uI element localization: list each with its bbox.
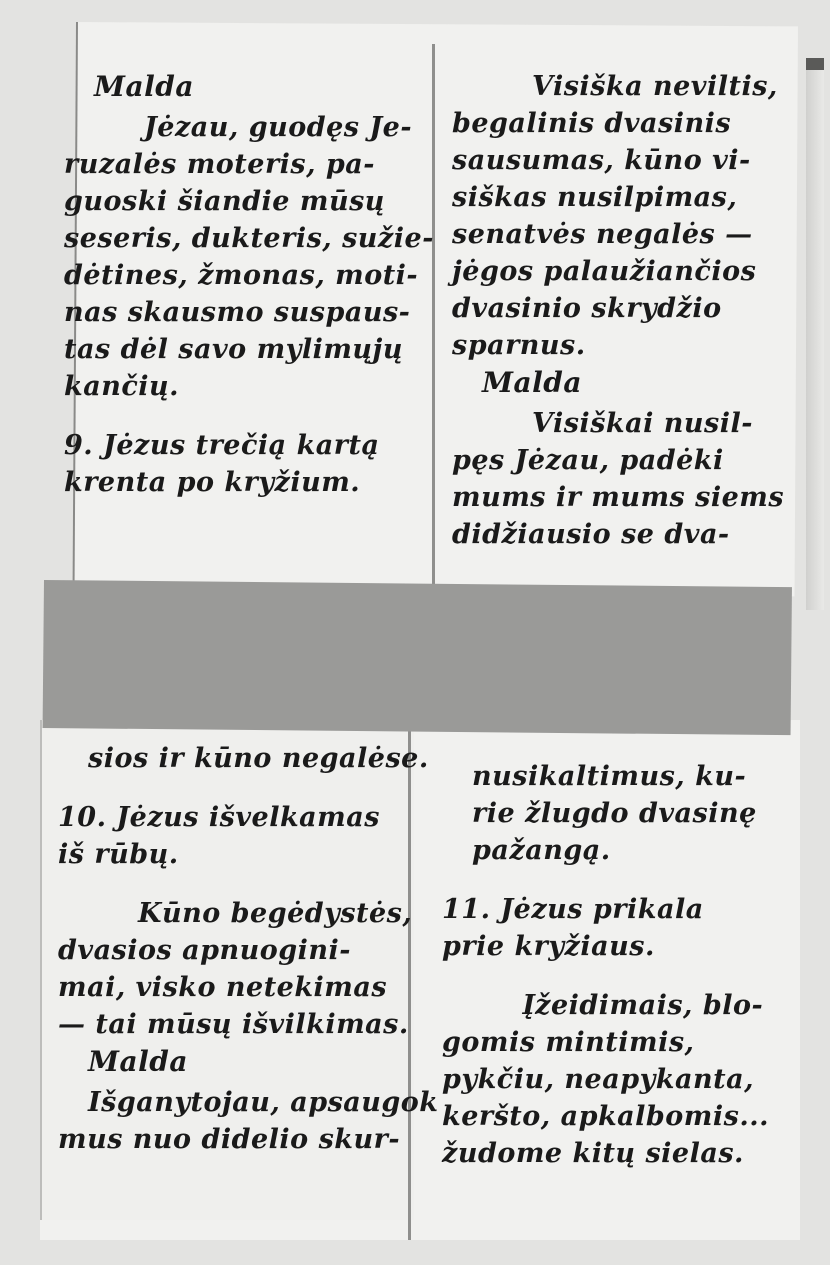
text-line: kančių.: [64, 368, 424, 405]
text-line: senatvės negalės —: [452, 216, 792, 253]
text-line: sparnus.: [452, 327, 792, 364]
column-divider-top: [432, 44, 435, 589]
text-line: tas dėl savo mylimųjų: [64, 331, 424, 368]
text-line: pęs Jėzau, padėki: [452, 442, 792, 479]
spacer: [58, 873, 408, 895]
text-line: žudome kitų sielas.: [442, 1135, 782, 1172]
text-line: mai, visko netekimas: [58, 969, 408, 1006]
bottom-left-column: sios ir kūno negalėse. 10. Jėzus išvelka…: [58, 740, 408, 1158]
text-line: begalinis dvasinis: [452, 105, 792, 142]
spacer: [442, 965, 782, 987]
text-line: Įžeidimais, blo-: [442, 987, 782, 1024]
top-left-column: Malda Jėzau, guodęs Je- ruzalės moteris,…: [64, 68, 424, 501]
text-line: seseris, dukteris, sužie-: [64, 220, 424, 257]
text-line: dvasinio skrydžio: [452, 290, 792, 327]
text-line: Visiškai nusil-: [452, 405, 792, 442]
prayer-heading: Malda: [452, 364, 792, 401]
text-line: Jėzau, guodęs Je-: [64, 109, 424, 146]
text-line: ruzalės moteris, pa-: [64, 146, 424, 183]
station-heading-cont: krenta po kryžium.: [64, 464, 424, 501]
prayer-heading: Malda: [58, 1043, 408, 1080]
station-heading: 11. Jėzus prikala: [442, 891, 782, 928]
top-right-column: Visiška neviltis, begalinis dvasinis sau…: [452, 68, 792, 553]
text-line: rie žlugdo dvasinę: [442, 795, 782, 832]
text-line: gomis mintimis,: [442, 1024, 782, 1061]
text-line: didžiausio se dva-: [452, 516, 792, 553]
text-line: guoski šiandie mūsų: [64, 183, 424, 220]
page-edge-shadow: [806, 58, 824, 610]
station-heading: 10. Jėzus išvelkamas: [58, 799, 408, 836]
station-heading-cont: prie kryžiaus.: [442, 928, 782, 965]
text-line: siškas nusilpimas,: [452, 179, 792, 216]
text-line: dėtines, žmonas, moti-: [64, 257, 424, 294]
text-line: sausumas, kūno vi-: [452, 142, 792, 179]
text-line: dvasios apnuogini-: [58, 932, 408, 969]
text-line: pažangą.: [442, 832, 782, 869]
text-line: Išganytojau, apsaugok: [58, 1084, 408, 1121]
redaction-band: [43, 580, 792, 735]
text-line: jėgos palaužiančios: [452, 253, 792, 290]
text-line: Visiška neviltis,: [452, 68, 792, 105]
station-heading-cont: iš rūbų.: [58, 836, 408, 873]
text-line: keršto, apkalbomis...: [442, 1098, 782, 1135]
text-line: sios ir kūno negalėse.: [58, 740, 408, 777]
text-line: Kūno begėdystės,: [58, 895, 408, 932]
prayer-heading: Malda: [64, 68, 424, 105]
text-line: mums ir mums siems: [452, 479, 792, 516]
text-line: — tai mūsų išvilkimas.: [58, 1006, 408, 1043]
column-divider-bottom: [408, 728, 411, 1240]
bottom-right-column: nusikaltimus, ku- rie žlugdo dvasinę paž…: [442, 758, 782, 1172]
text-line: pykčiu, neapykanta,: [442, 1061, 782, 1098]
station-heading: 9. Jėzus trečią kartą: [64, 427, 424, 464]
text-line: nusikaltimus, ku-: [442, 758, 782, 795]
text-line: nas skausmo suspaus-: [64, 294, 424, 331]
text-line: mus nuo didelio skur-: [58, 1121, 408, 1158]
